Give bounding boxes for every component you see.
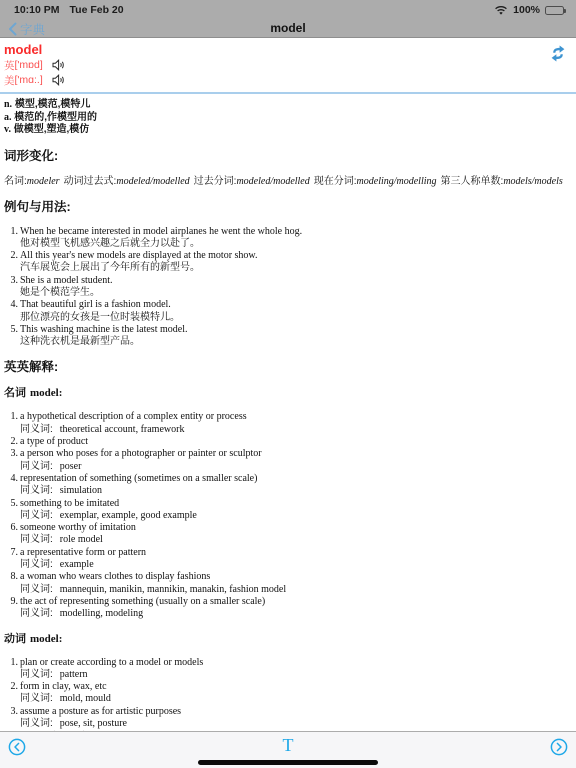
sense-def: a woman who wears clothes to display fas… — [20, 571, 570, 583]
morphology-line: 名词:modeler动词过去式:modeled/modelled过去分词:mod… — [0, 176, 576, 188]
synonyms-values: exemplar, example, good example — [60, 510, 197, 521]
wifi-icon — [494, 5, 508, 16]
example-item: When he became interested in model airpl… — [20, 226, 570, 251]
sense-def: a person who poses for a photographer or… — [20, 448, 570, 460]
us-label: 美 — [4, 73, 15, 88]
example-en: When he became interested in model airpl… — [20, 226, 570, 238]
example-zh: 她是个模范学生。 — [20, 287, 570, 299]
pos-label-en: model: — [30, 387, 62, 399]
synonyms-values: mannequin, manikin, mannikin, manakin, f… — [60, 584, 286, 595]
definition-text: 模范的,作模型用的 — [14, 112, 97, 123]
status-date: Tue Feb 20 — [70, 4, 124, 16]
verb-subheading: 动词model: — [0, 633, 576, 646]
example-en: That beautiful girl is a fashion model. — [20, 299, 570, 311]
synonyms-line: 同义词:poser — [20, 461, 570, 473]
pos-tag: v. — [4, 124, 11, 135]
pos-tag: a. — [4, 112, 12, 123]
example-en: She is a model student. — [20, 275, 570, 287]
synonyms-line: 同义词:mold, mould — [20, 693, 570, 705]
synonyms-values: role model — [60, 534, 103, 545]
status-time: 10:10 PM — [14, 4, 60, 16]
synonyms-label: 同义词: — [20, 718, 53, 729]
uk-phonetic: ['mɒd] — [15, 59, 43, 71]
home-indicator[interactable] — [198, 760, 378, 765]
bottom-toolbar: T — [0, 731, 576, 768]
uk-label: 英 — [4, 58, 15, 73]
sense-item: form in clay, wax, etc 同义词:mold, mould — [20, 681, 570, 706]
quick-definitions: n. 模型,模范,模特儿 a. 模范的,作模型用的 v. 做模型,塑造,模仿 — [0, 94, 576, 137]
pos-label-zh: 动词 — [4, 633, 26, 645]
next-word-button[interactable] — [550, 738, 568, 756]
synonyms-values: mold, mould — [60, 693, 111, 704]
example-zh: 汽车展览会上展出了今年所有的新型号。 — [20, 262, 570, 274]
morph-label: 第三人称单数: — [441, 176, 504, 187]
synonyms-values: theoretical account, framework — [60, 424, 185, 435]
synonyms-label: 同义词: — [20, 510, 53, 521]
noun-senses-list: a hypothetical description of a complex … — [0, 411, 576, 620]
synonyms-values: pattern — [60, 669, 88, 680]
sense-def: something to be imitated — [20, 498, 570, 510]
definition-line: a. 模范的,作模型用的 — [4, 112, 572, 125]
definition-line: n. 模型,模范,模特儿 — [4, 99, 572, 112]
synonyms-label: 同义词: — [20, 559, 53, 570]
synonyms-line: 同义词:modelling, modeling — [20, 608, 570, 620]
morph-label: 动词过去式: — [64, 176, 117, 187]
pos-label-en: model: — [30, 633, 62, 645]
speaker-icon[interactable] — [52, 74, 65, 86]
synonyms-line: 同义词:pose, sit, posture — [20, 718, 570, 730]
sense-def: assume a posture as for artistic purpose… — [20, 706, 570, 718]
morph-value: modeled/modelled — [236, 176, 309, 187]
synonyms-line: 同义词:mannequin, manikin, mannikin, manaki… — [20, 584, 570, 596]
sense-def: representation of something (sometimes o… — [20, 473, 570, 485]
uk-pronunciation: 英['mɒd] — [4, 58, 572, 72]
sense-def: a representative form or pattern — [20, 547, 570, 559]
synonyms-label: 同义词: — [20, 534, 53, 545]
morph-label: 名词: — [4, 176, 27, 187]
sense-def: form in clay, wax, etc — [20, 681, 570, 693]
synonyms-line: 同义词:theoretical account, framework — [20, 424, 570, 436]
synonyms-label: 同义词: — [20, 584, 53, 595]
sense-item: the act of representing something (usual… — [20, 596, 570, 621]
sense-item: a type of product — [20, 436, 570, 448]
morph-value: modeling/modelling — [357, 176, 437, 187]
pos-label-zh: 名词 — [4, 387, 26, 399]
en-en-heading: 英英解释: — [0, 360, 576, 375]
definition-text: 做模型,塑造,模仿 — [14, 124, 90, 135]
nav-bar: model 字典 — [0, 20, 576, 38]
example-zh: 这种洗衣机是最新型产品。 — [20, 336, 570, 348]
definition-line: v. 做模型,塑造,模仿 — [4, 124, 572, 137]
morph-value: modeled/modelled — [116, 176, 189, 187]
synonyms-label: 同义词: — [20, 669, 53, 680]
synonyms-line: 同义词:pattern — [20, 669, 570, 681]
headword: model — [4, 42, 572, 57]
synonyms-values: pose, sit, posture — [60, 718, 127, 729]
page-title: model — [0, 21, 576, 35]
sense-item: plan or create according to a model or m… — [20, 657, 570, 682]
synonyms-line: 同义词:exemplar, example, good example — [20, 510, 570, 522]
synonyms-line: 同义词:simulation — [20, 485, 570, 497]
sense-def: someone worthy of imitation — [20, 522, 570, 534]
example-en: All this year's new models are displayed… — [20, 250, 570, 262]
morph-label: 现在分词: — [314, 176, 357, 187]
synonyms-label: 同义词: — [20, 693, 53, 704]
sense-def: a type of product — [20, 436, 570, 448]
example-zh: 他对模型飞机感兴趣之后就全力以赴了。 — [20, 238, 570, 250]
font-size-button[interactable]: T — [0, 735, 576, 756]
example-item: That beautiful girl is a fashion model. … — [20, 299, 570, 324]
synonyms-values: simulation — [60, 485, 102, 496]
sense-item: representation of something (sometimes o… — [20, 473, 570, 498]
noun-subheading: 名词model: — [0, 387, 576, 400]
sense-item: a hypothetical description of a complex … — [20, 411, 570, 436]
back-label: 字典 — [20, 20, 45, 38]
synonyms-label: 同义词: — [20, 461, 53, 472]
synonyms-values: example — [60, 559, 94, 570]
dictionary-entry: model 英['mɒd] 美['mɑ:.] n. 模型,模范,模特儿 a. 模… — [0, 38, 576, 743]
synonyms-label: 同义词: — [20, 485, 53, 496]
synonyms-label: 同义词: — [20, 424, 53, 435]
synonyms-values: poser — [60, 461, 82, 472]
definition-text: 模型,模范,模特儿 — [15, 99, 91, 110]
us-phonetic: ['mɑ:.] — [15, 74, 43, 86]
sense-item: assume a posture as for artistic purpose… — [20, 706, 570, 731]
sense-def: plan or create according to a model or m… — [20, 657, 570, 669]
example-item: This washing machine is the latest model… — [20, 324, 570, 349]
sense-item: a representative form or pattern 同义词:exa… — [20, 547, 570, 572]
sense-def: a hypothetical description of a complex … — [20, 411, 570, 423]
sense-item: something to be imitated 同义词:exemplar, e… — [20, 498, 570, 523]
synonyms-values: modelling, modeling — [60, 608, 143, 619]
examples-heading: 例句与用法: — [0, 200, 576, 215]
sense-item: a person who poses for a photographer or… — [20, 448, 570, 473]
examples-list: When he became interested in model airpl… — [0, 226, 576, 349]
word-header: model 英['mɒd] 美['mɑ:.] — [0, 38, 576, 87]
verb-senses-list: plan or create according to a model or m… — [0, 657, 576, 743]
sense-item: a woman who wears clothes to display fas… — [20, 571, 570, 596]
sense-def: the act of representing something (usual… — [20, 596, 570, 608]
battery-percent: 100% — [513, 4, 540, 16]
morph-label: 过去分词: — [194, 176, 237, 187]
synonyms-line: 同义词:role model — [20, 534, 570, 546]
synonyms-line: 同义词:example — [20, 559, 570, 571]
morphology-heading: 词形变化: — [0, 149, 576, 164]
example-item: She is a model student. 她是个模范学生。 — [20, 275, 570, 300]
example-item: All this year's new models are displayed… — [20, 250, 570, 275]
swap-translate-icon[interactable] — [550, 44, 566, 68]
sense-item: someone worthy of imitation 同义词:role mod… — [20, 522, 570, 547]
morph-value: modeler — [27, 176, 60, 187]
pos-tag: n. — [4, 99, 12, 110]
chevron-left-icon — [8, 22, 17, 36]
us-pronunciation: 美['mɑ:.] — [4, 73, 572, 87]
example-en: This washing machine is the latest model… — [20, 324, 570, 336]
back-button[interactable]: 字典 — [8, 20, 45, 38]
battery-icon — [545, 6, 564, 15]
morph-value: models/models — [503, 176, 562, 187]
speaker-icon[interactable] — [52, 59, 65, 71]
example-zh: 那位漂亮的女孩是一位时装模特儿。 — [20, 312, 570, 324]
status-bar: 10:10 PM Tue Feb 20 100% — [0, 0, 576, 20]
synonyms-label: 同义词: — [20, 608, 53, 619]
